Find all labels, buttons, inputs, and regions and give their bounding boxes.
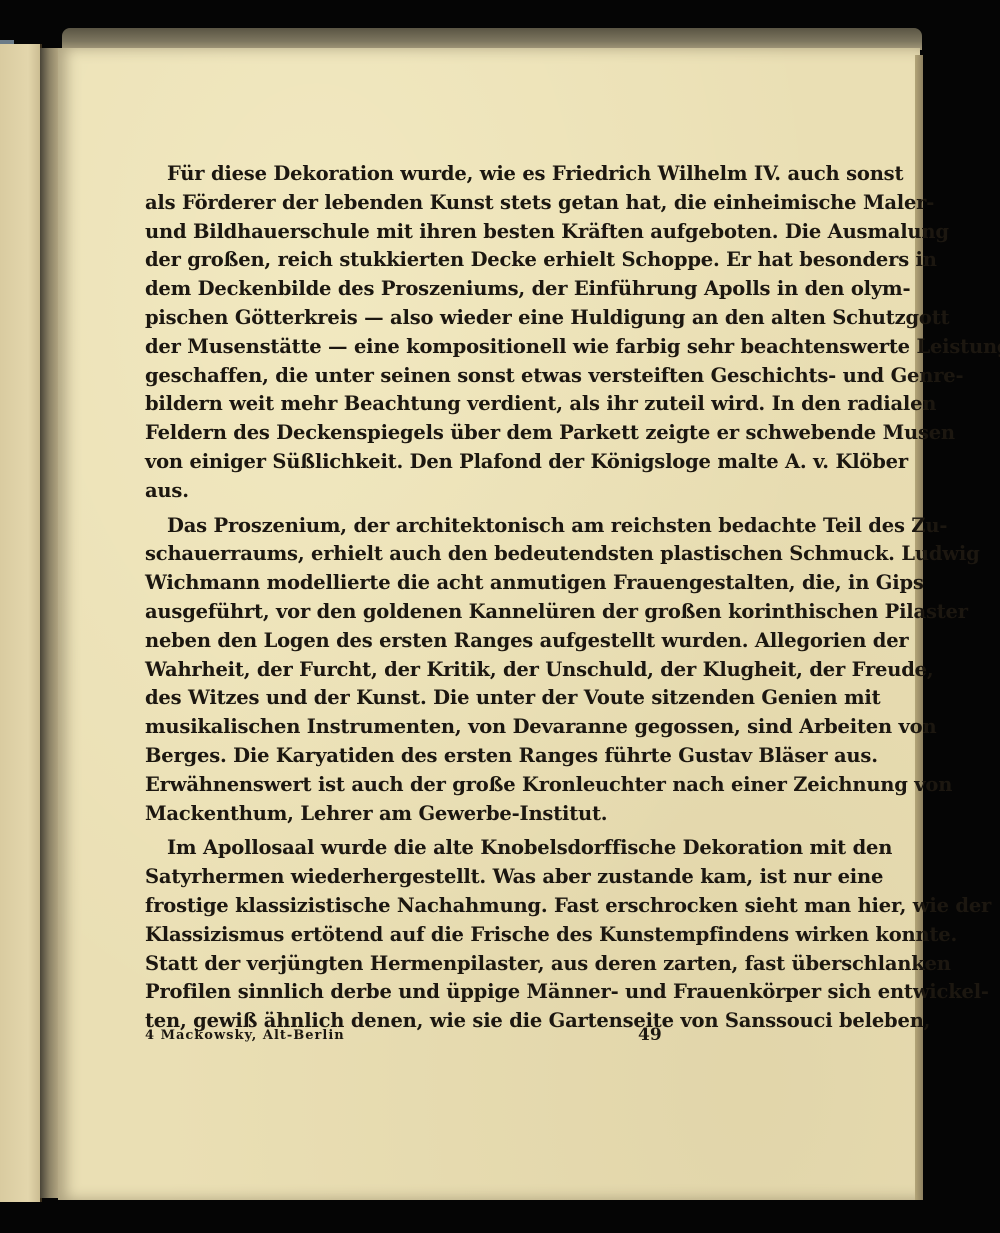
text-line: und Bildhauerschule mit ihren besten Krä… [145, 218, 813, 247]
text-line: pischen Götterkreis — also wieder eine H… [145, 304, 813, 333]
text-line: aus. [145, 477, 813, 506]
paragraph-2: Das Proszenium, der architektonisch am r… [145, 512, 813, 829]
text-line: des Witzes und der Kunst. Die unter der … [145, 684, 813, 713]
text-line: dem Deckenbilde des Proszeniums, der Ein… [145, 275, 813, 304]
text-line: Im Apollosaal wurde die alte Knobelsdorf… [145, 834, 813, 863]
text-line: Das Proszenium, der architektonisch am r… [145, 512, 813, 541]
text-line: geschaffen, die unter seinen sonst etwas… [145, 362, 813, 391]
text-line: Profilen sinnlich derbe und üppige Männe… [145, 978, 813, 1007]
text-line: Erwähnenswert ist auch der große Kronleu… [145, 771, 813, 800]
text-line: Feldern des Deckenspiegels über dem Park… [145, 419, 813, 448]
signature-mark: 4 Mackowsky, Alt-Berlin [145, 1028, 345, 1043]
text-line: der großen, reich stukkierten Decke erhi… [145, 246, 813, 275]
text-line: von einiger Süßlichkeit. Den Plafond der… [145, 448, 813, 477]
page-top-edge [62, 28, 922, 50]
text-line: Wichmann modellierte die acht anmutigen … [145, 569, 813, 598]
text-line: neben den Logen des ersten Ranges aufges… [145, 627, 813, 656]
text-line: Wahrheit, der Furcht, der Kritik, der Un… [145, 656, 813, 685]
text-line: ausgeführt, vor den goldenen Kannelüren … [145, 598, 813, 627]
text-line: Berges. Die Karyatiden des ersten Ranges… [145, 742, 813, 771]
text-line: als Förderer der lebenden Kunst stets ge… [145, 189, 813, 218]
text-line: musikalischen Instrumenten, von Devarann… [145, 713, 813, 742]
text-line: Mackenthum, Lehrer am Gewerbe-Institut. [145, 800, 813, 829]
text-line: frostige klassizistische Nachahmung. Fas… [145, 892, 813, 921]
body-text: Für diese Dekoration wurde, wie es Fried… [145, 160, 813, 1036]
paragraph-3: Im Apollosaal wurde die alte Knobelsdorf… [145, 834, 813, 1036]
text-line: Satyrhermen wiederhergestellt. Was aber … [145, 863, 813, 892]
text-line: Für diese Dekoration wurde, wie es Fried… [145, 160, 813, 189]
paragraph-1: Für diese Dekoration wurde, wie es Fried… [145, 160, 813, 506]
page-number: 49 [638, 1025, 662, 1045]
text-line: bildern weit mehr Beachtung verdient, al… [145, 390, 813, 419]
text-line: der Musenstätte — eine kompositionell wi… [145, 333, 813, 362]
text-line: schauerraums, erhielt auch den bedeutend… [145, 540, 813, 569]
left-page-edge [0, 44, 42, 1202]
text-line: Statt der verjüngten Hermenpilaster, aus… [145, 950, 813, 979]
text-line: Klassizismus ertötend auf die Frische de… [145, 921, 813, 950]
